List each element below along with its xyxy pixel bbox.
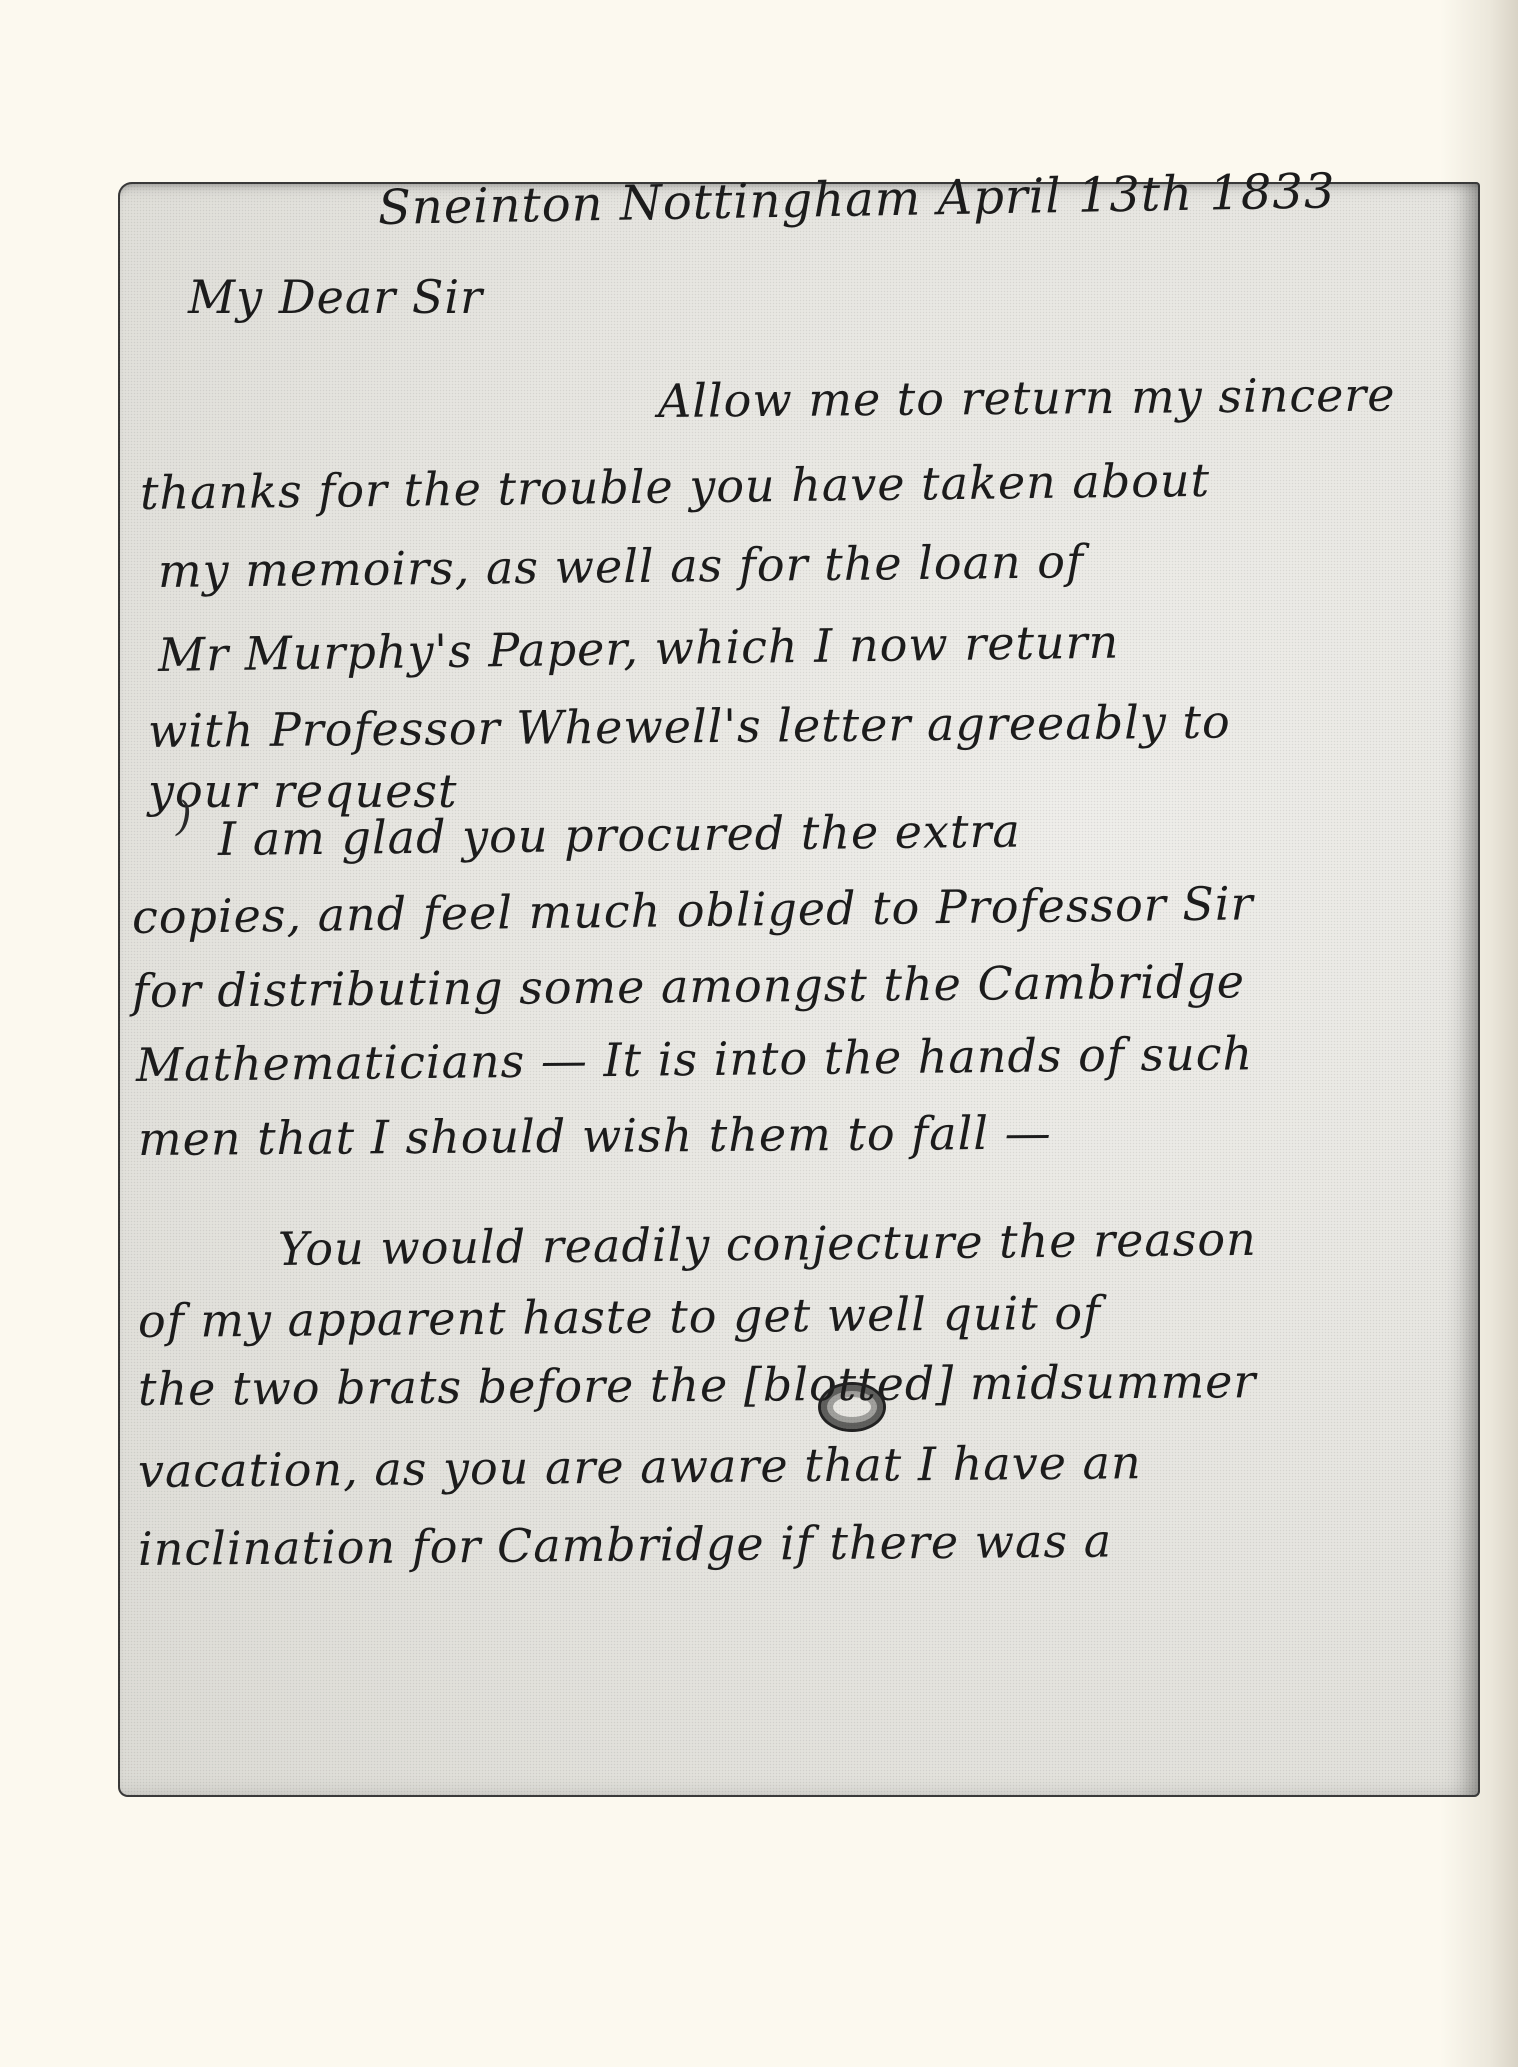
letter-line-5: with Professor Whewell's letter agreeabl… (148, 695, 1231, 758)
letter-line-2: thanks for the trouble you have taken ab… (140, 453, 1211, 520)
letter-line-9: for distributing some amongst the Cambri… (132, 954, 1245, 1018)
ink-blot-icon (818, 1382, 886, 1432)
letter-line-16: inclination for Cambridge if there was a (138, 1514, 1113, 1576)
letter-line-10: Mathematicians — It is into the hands of… (136, 1026, 1254, 1092)
book-page: Sneinton Nottingham April 13th 1833 My D… (0, 0, 1518, 2067)
letter-line-12: You would readily conjecture the reason (278, 1212, 1257, 1276)
letter-place-date: Sneinton Nottingham April 13th 1833 (378, 163, 1336, 236)
letter-line-15: vacation, as you are aware that I have a… (138, 1435, 1142, 1498)
letter-line-11: men that I should wish them to fall — (138, 1106, 1052, 1166)
letter-line-3: my memoirs, as well as for the loan of (158, 534, 1084, 598)
letter-line-7: I am glad you procured the extra (218, 804, 1021, 866)
letter-line-8: copies, and feel much obliged to Profess… (132, 876, 1254, 944)
letter-line-4: Mr Murphy's Paper, which I now return (158, 615, 1120, 682)
letter-line-1: Allow me to return my sincere (658, 368, 1396, 428)
letter-sheet: Sneinton Nottingham April 13th 1833 My D… (118, 182, 1480, 1797)
letter-line-14: the two brats before the [blotted] midsu… (138, 1354, 1257, 1416)
letter-salutation: My Dear Sir (188, 270, 483, 324)
margin-bracket-mark: ) (176, 794, 192, 840)
letter-line-13: of my apparent haste to get well quit of (138, 1286, 1102, 1348)
